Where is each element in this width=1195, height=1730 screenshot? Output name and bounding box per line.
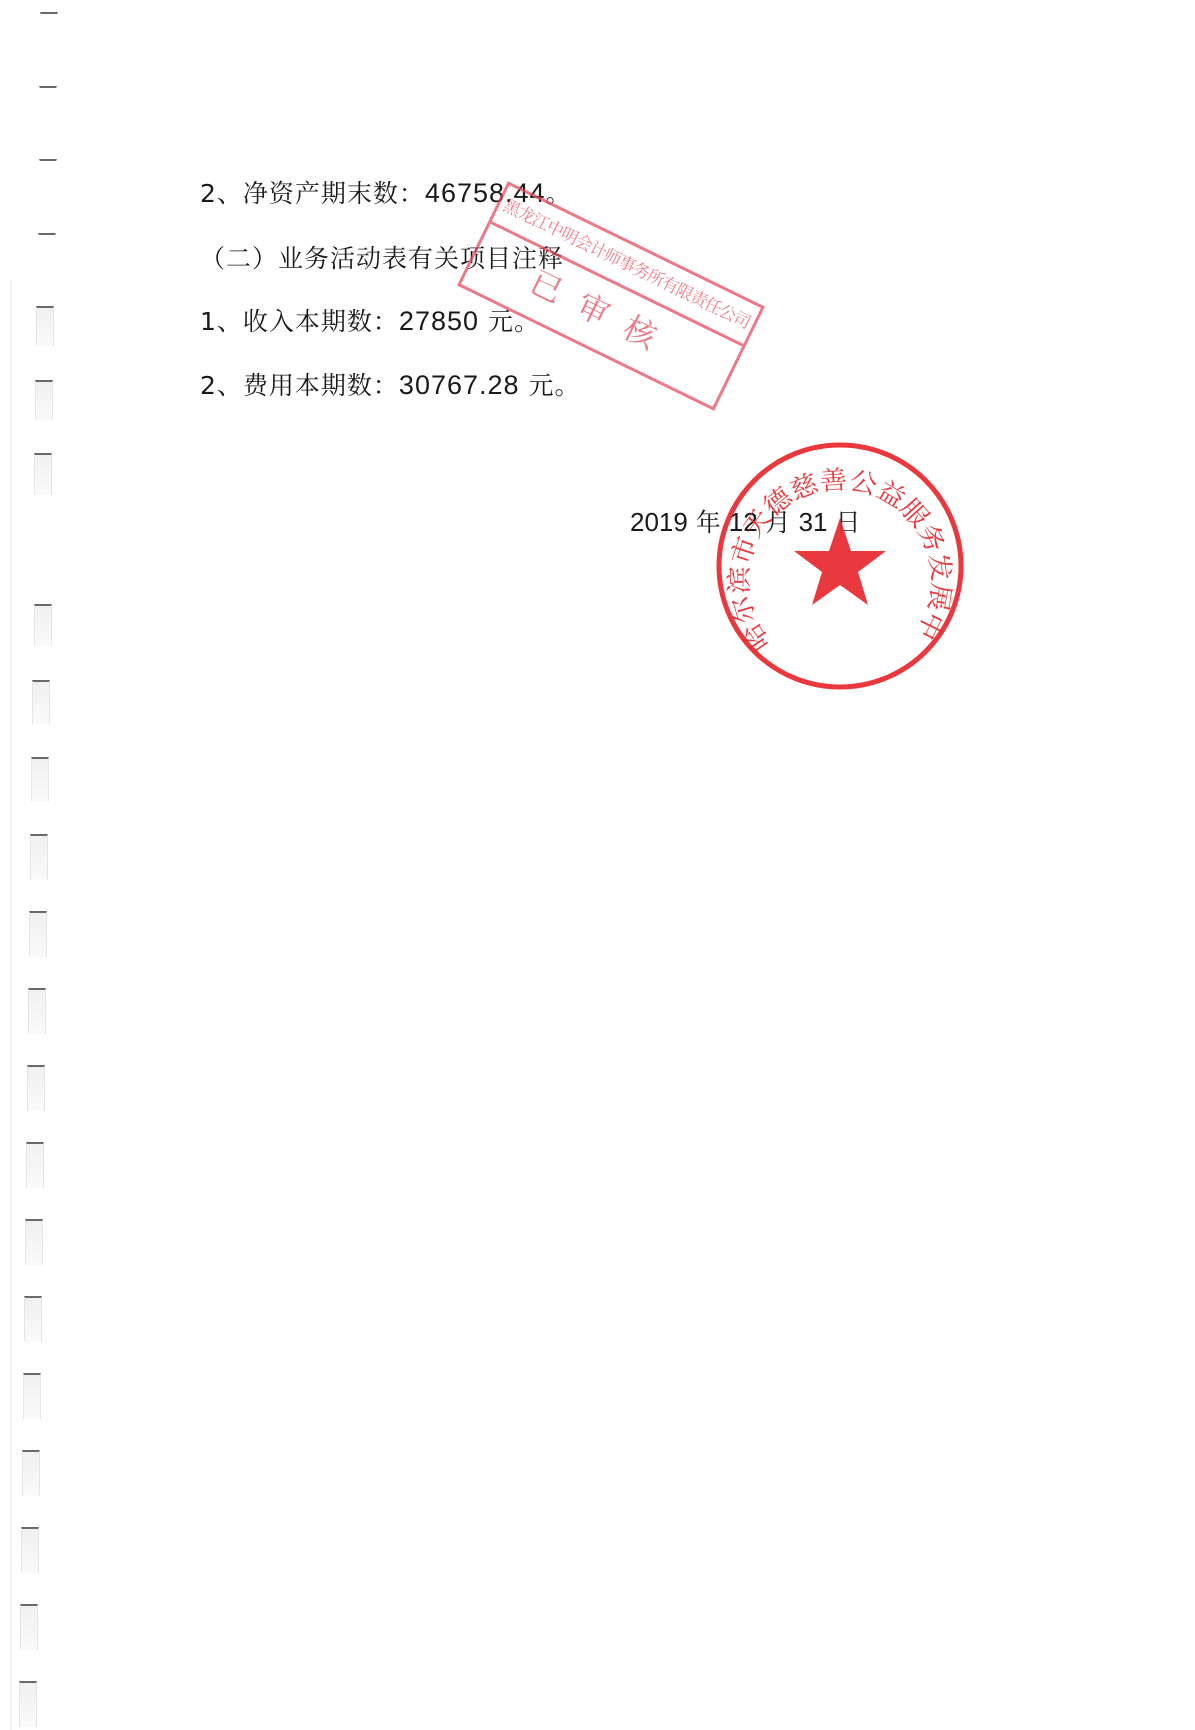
punch-hole xyxy=(25,1219,43,1265)
expense-value: 30767.28 xyxy=(399,370,520,400)
punch-hole xyxy=(30,834,48,880)
punch-hole xyxy=(29,911,47,957)
punch-hole xyxy=(27,1065,45,1111)
punch-hole xyxy=(34,453,52,495)
punch-hole xyxy=(24,1296,42,1342)
punch-hole xyxy=(32,680,50,724)
punch-hole xyxy=(23,1373,41,1419)
punch-hole xyxy=(38,233,56,235)
punch-hole xyxy=(20,1604,38,1650)
punch-hole xyxy=(35,380,53,420)
punch-hole xyxy=(22,1450,40,1496)
document-page: 2、净资产期末数：46758.44。 （二）业务活动表有关项目注释 1、收入本期… xyxy=(0,0,1195,1730)
expense-label: 2、费用本期数： xyxy=(200,371,399,400)
expense-line: 2、费用本期数：30767.28 元。 xyxy=(200,369,581,402)
binding-punch-holes xyxy=(0,0,80,1730)
punch-hole xyxy=(28,988,46,1034)
punch-hole xyxy=(34,604,52,646)
punch-hole xyxy=(26,1142,44,1188)
punch-hole xyxy=(39,86,57,88)
income-value: 27850 xyxy=(399,306,479,336)
punch-hole xyxy=(40,12,58,14)
star-icon xyxy=(794,518,886,605)
binding-edge xyxy=(10,280,12,1730)
punch-hole xyxy=(19,1681,37,1727)
date-year: 2019 xyxy=(630,507,688,537)
punch-hole xyxy=(36,306,54,346)
income-line: 1、收入本期数：27850 元。 xyxy=(200,305,540,338)
punch-hole xyxy=(21,1527,39,1573)
expense-suffix: 元。 xyxy=(520,371,581,400)
organization-seal: 哈尔滨市天德慈善公益服务发展中心 xyxy=(712,438,968,694)
punch-hole xyxy=(39,159,57,161)
punch-hole xyxy=(31,757,49,801)
net-assets-label: 2、净资产期末数： xyxy=(200,179,425,208)
income-label: 1、收入本期数： xyxy=(200,307,399,336)
